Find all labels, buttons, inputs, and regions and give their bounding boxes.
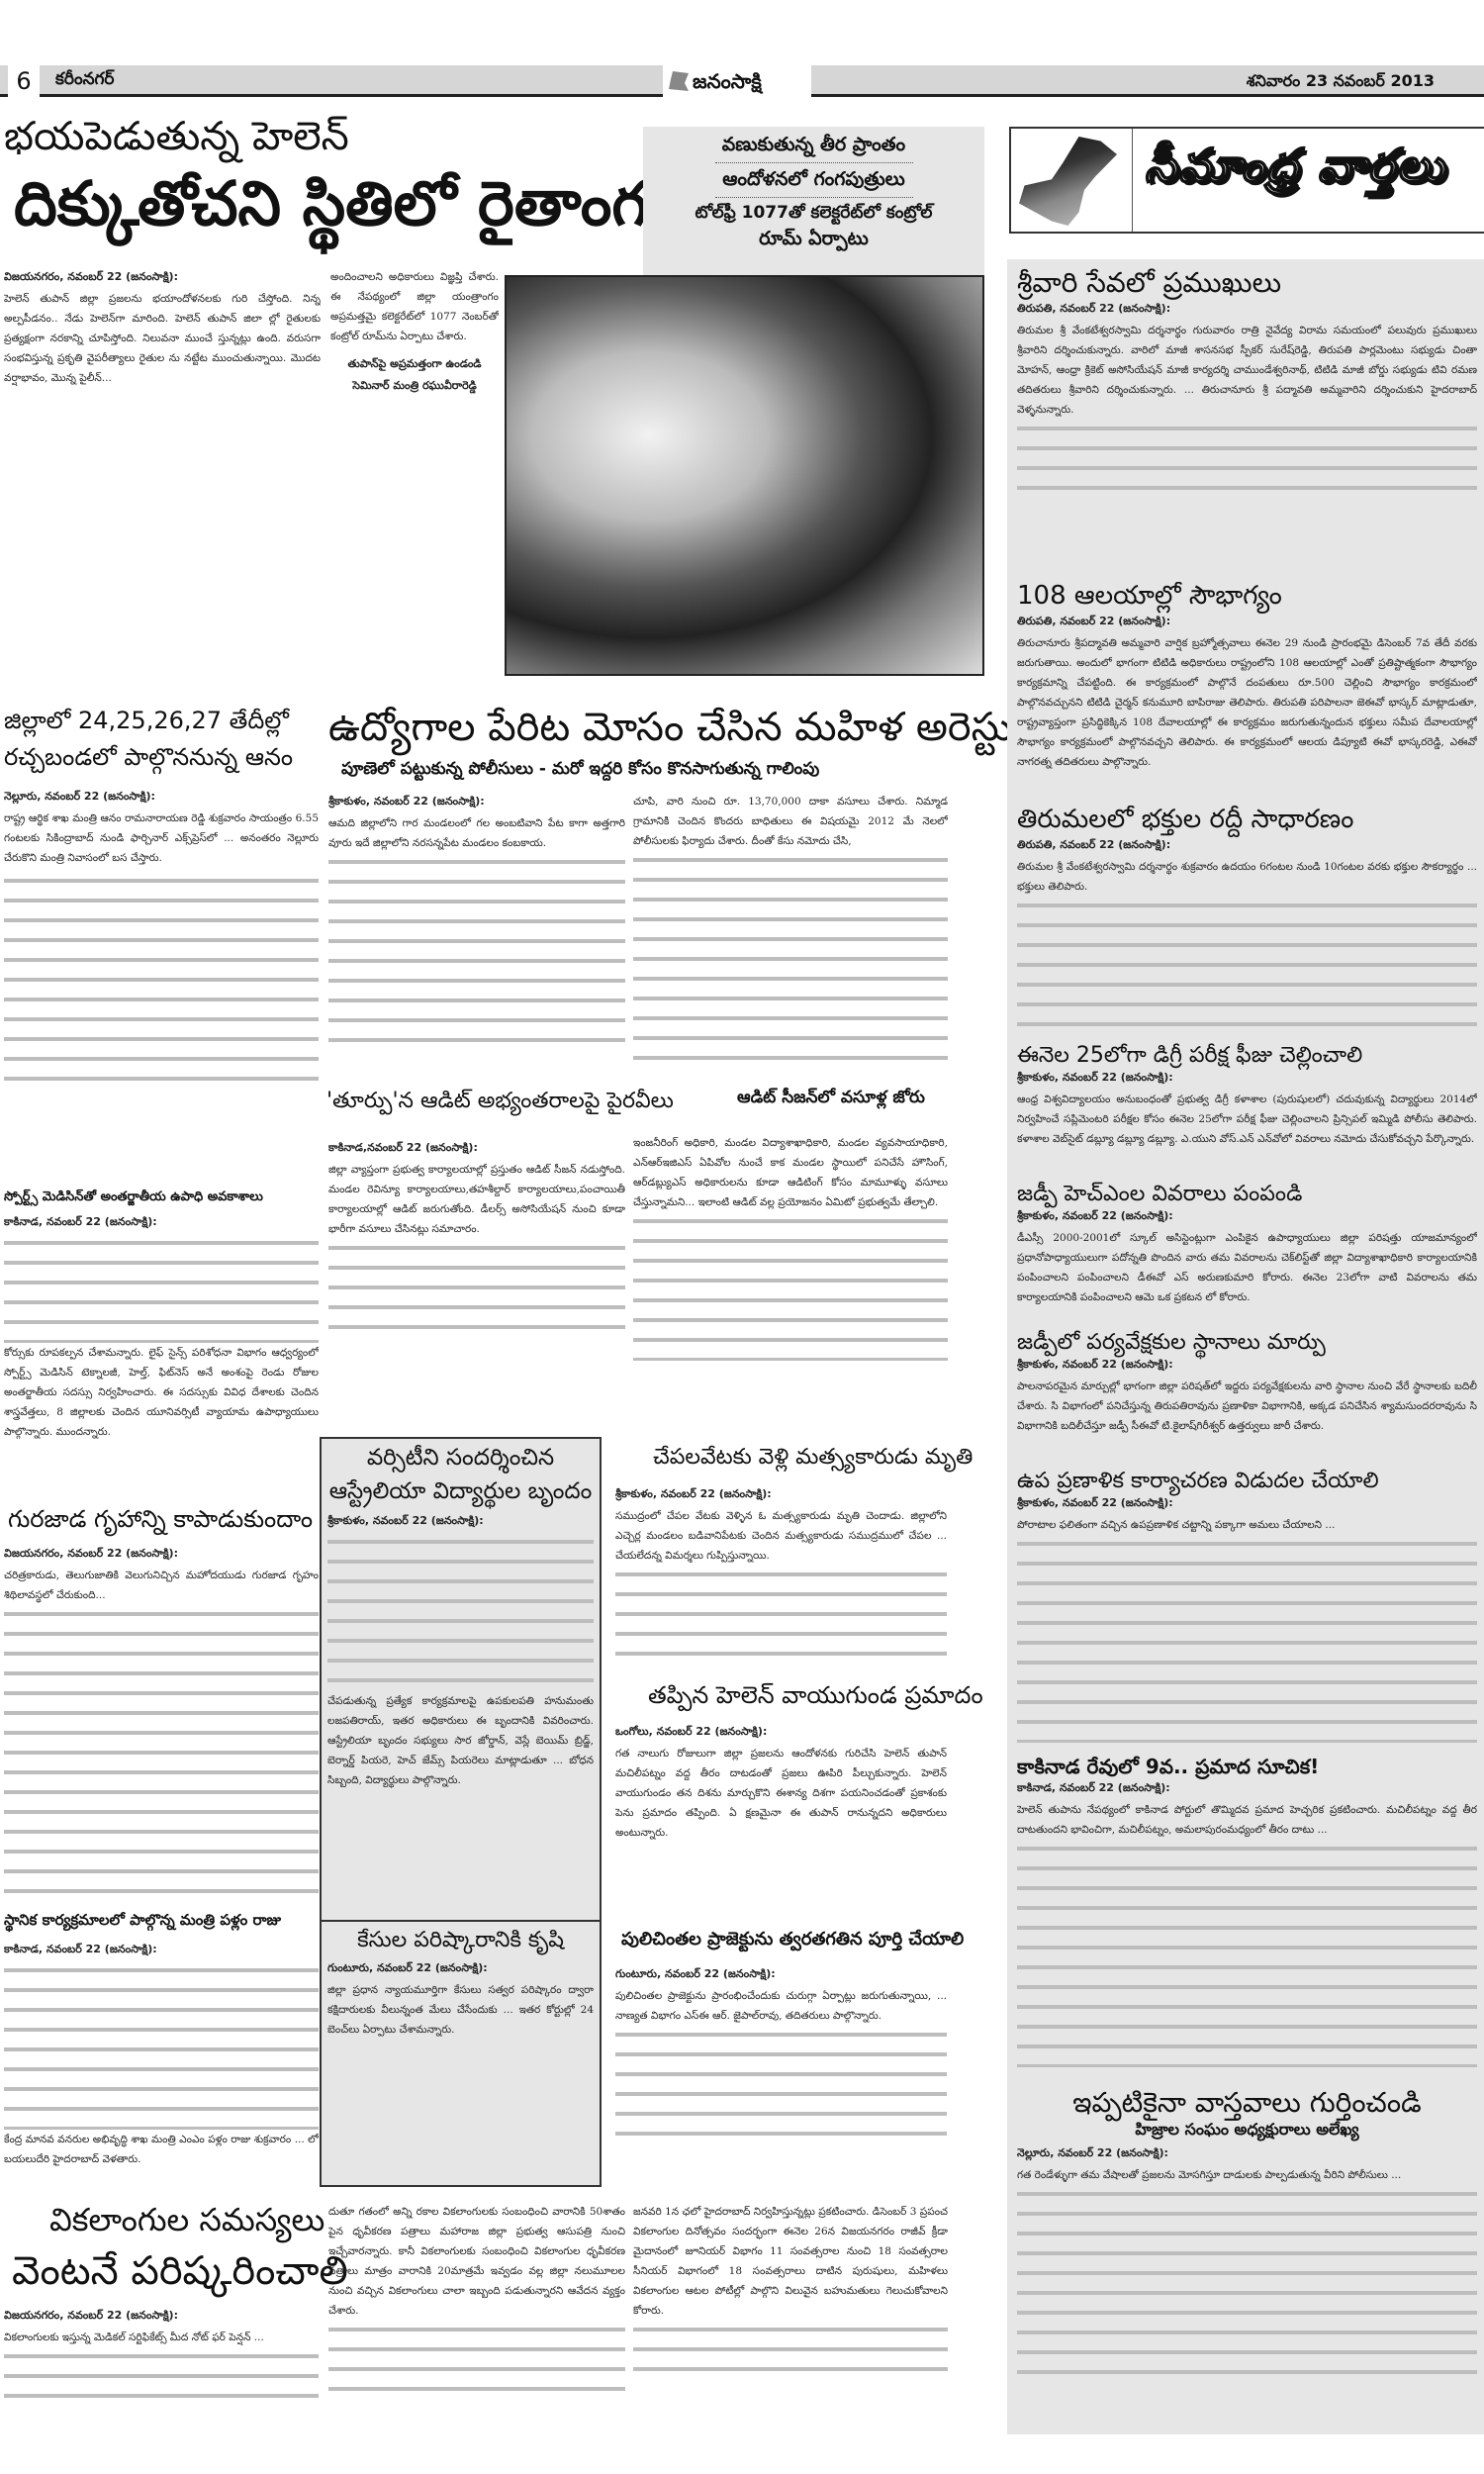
article-body: విజయనగరం, నవంబర్ 22 (జనంసాక్షి): హెలెన్ …	[4, 267, 321, 683]
news-story: ఈనెల 25లోగా డిగ్రీ పరీక్ష ఫీజు చెల్లించా…	[1017, 1043, 1477, 1182]
story-headline: ఉప ప్రణాళిక కార్యాచరణ విడుదల చేయాలి	[1017, 1469, 1477, 1493]
article-dateline: నెల్లూరు, నవంబర్ 22 (జనంసాక్షి):	[4, 787, 319, 807]
text-lines	[633, 851, 948, 1069]
article-body-col2: అందించాలని అధికారులు విజ్ఞప్తి చేశారు. ఈ…	[330, 267, 499, 683]
issue-date: శనివారం 23 నవంబర్ 2013	[1247, 71, 1435, 94]
text-lines	[633, 1212, 948, 1361]
article-text: అందించాలని అధికారులు విజ్ఞప్తి చేశారు. ఈ…	[330, 271, 499, 342]
article-text: కేంద్ర మానవ వనరుల అభివృద్ధి శాఖ మంత్రి ఎ…	[4, 2134, 319, 2165]
text-lines	[1017, 420, 1477, 499]
story-text: పాలనాపరమైన మార్పుల్లో భాగంగా జిల్లా పరిష…	[1017, 1380, 1477, 1432]
story-text: డీఎస్సీ 2000-2001లో స్కూల్ అసిస్టెంట్లుగ…	[1017, 1232, 1477, 1303]
article-text: జనవరి 1న ఛలో హైదరాబాద్ నిర్వహిస్తున్నట్ల…	[633, 2206, 948, 2317]
article-dateline: శ్రీకాకుళం, నవంబర్ 22 (జనంసాక్షి):	[327, 1511, 594, 1531]
article-dateline: విజయనగరం, నవంబర్ 22 (జనంసాక్షి):	[4, 2306, 319, 2326]
article-body: విజయనగరం, నవంబర్ 22 (జనంసాక్షి): చరిత్రక…	[4, 1544, 319, 1900]
article-headline: ఆస్ట్రేలియా విద్యార్థుల బృందం	[327, 1478, 594, 1504]
article-subhead: తుపాన్‌పై అప్రమత్తంగా ఉండండి	[330, 354, 499, 374]
article-headline: గురజాడ గృహాన్ని కాపాడుకుందాం	[8, 1506, 313, 1534]
news-story: జడ్పీలో పర్యవేక్షకుల స్థానాలు మార్పు శ్ర…	[1017, 1330, 1477, 1469]
text-lines	[4, 2347, 319, 2407]
text-lines	[615, 2026, 947, 2144]
story-dateline: తిరుపతి, నవంబర్ 22 (జనంసాక్షి):	[1017, 612, 1477, 631]
seemandhra-banner-title: సీమాంధ్ర వార్తలు	[1145, 139, 1446, 204]
news-story: శ్రీవారి సేవలో ప్రముఖులు తిరుపతి, నవంబర్…	[1017, 267, 1477, 582]
section-name: కరీంనగర్	[55, 69, 115, 93]
page-masthead: 6 కరీంనగర్ జనంసాక్షి శనివారం 23 నవంబర్ 2…	[0, 65, 1484, 97]
coast-highlight-box: వణుకుతున్న తీర ప్రాంతం ఆందోళనలో గంగపుత్ర…	[643, 127, 984, 275]
text-lines	[615, 1566, 947, 1665]
article-body: కాకినాడ, నవంబర్ 22 (జనంసాక్షి): కోర్సుకు…	[4, 1212, 319, 1504]
story-headline: ఈనెల 25లోగా డిగ్రీ పరీక్ష ఫీజు చెల్లించా…	[1017, 1043, 1477, 1068]
article-body: నెల్లూరు, నవంబర్ 22 (జనంసాక్షి): రాష్ట్ర…	[4, 787, 319, 1113]
text-lines	[328, 2321, 625, 2400]
article-body: శ్రీకాకుళం, నవంబర్ 22 (జనంసాక్షి): సముద్…	[615, 1484, 947, 1667]
article-headline: చేపలవేటకు వెళ్లి మత్స్యకారుడు మృతి	[653, 1445, 973, 1470]
article-headline: వెంటనే పరిష్కరించాలి	[12, 2248, 348, 2294]
article-text: జిల్లా వ్యాప్తంగా ప్రభుత్వ కార్యాలయాల్లో…	[328, 1164, 625, 1235]
article-headline: కేసుల పరిష్కారానికి కృషి	[327, 1928, 594, 1952]
article-headline: జిల్లాలో 24,25,26,27 తేదీల్లో	[4, 708, 289, 735]
cases-box: కేసుల పరిష్కారానికి కృషి గుంటూరు, నవంబర్…	[320, 1920, 602, 2187]
story-body: తిరుపతి, నవంబర్ 22 (జనంసాక్షి): తిరుమల శ…	[1017, 835, 1477, 1033]
map-logo-icon	[669, 71, 689, 91]
story-dateline: శ్రీకాకుళం, నవంబర్ 22 (జనంసాక్షి):	[1017, 1206, 1477, 1226]
article-text: గత నాలుగు రోజులుగా జిల్లా ప్రజలను ఆందోళన…	[615, 1748, 947, 1839]
text-lines	[1017, 1840, 1477, 2067]
coast-line: ఆందోళనలో గంగపుత్రులు	[643, 169, 984, 191]
article-subhead: సెమినార్ మంత్రి రఘువీరారెడ్డి	[330, 376, 499, 396]
news-story: ఉప ప్రణాళిక కార్యాచరణ విడుదల చేయాలి శ్రీ…	[1017, 1469, 1477, 1756]
article-text: హెలెన్ తుపాన్ జిల్లా ప్రజలను భయాందోళనలకు…	[4, 293, 321, 384]
article-headline-right: ఆడిట్ సీజన్‌లో వసూళ్ల జోరు	[737, 1089, 925, 1108]
article-headline: ఉద్యోగాల పేరిట మోసం చేసిన మహిళ అరెస్టు	[328, 705, 1013, 750]
story-dateline: శ్రీకాకుళం, నవంబర్ 22 (జనంసాక్షి):	[1017, 1355, 1477, 1375]
article-dateline: శ్రీకాకుళం, నవంబర్ 22 (జనంసాక్షి):	[328, 792, 625, 811]
text-lines	[633, 2321, 948, 2380]
divider	[715, 162, 913, 163]
coast-line: వణుకుతున్న తీర ప్రాంతం	[643, 135, 984, 156]
article-body-col3: జనవరి 1న ఛలో హైదరాబాద్ నిర్వహిస్తున్నట్ల…	[633, 2202, 948, 2434]
story-text: పోరాటాల ఫలితంగా వచ్చిన ఉపప్రణాళిక చట్టాన…	[1017, 1519, 1335, 1531]
story-text: ఆంధ్ర విశ్వవిద్యాలయం అనుబంధంతో ప్రభుత్వ …	[1017, 1094, 1477, 1145]
story-text: తిరుమల శ్రీ వేంకటేశ్వరస్వామి దర్శనార్థం …	[1017, 861, 1477, 893]
story-headline: 108 ఆలయాల్లో సౌభాగ్యం	[1017, 582, 1477, 612]
text-lines	[328, 1239, 625, 1338]
andhra-map-icon	[1019, 137, 1128, 226]
article-text: కోర్సుకు రూపకల్పన చేశామన్నారు. లైఫ్ సైన్…	[4, 1347, 319, 1438]
text-lines	[327, 1533, 594, 1691]
article-dateline: గుంటూరు, నవంబర్ 22 (జనంసాక్షి):	[615, 1964, 947, 1984]
text-lines	[328, 853, 625, 1051]
article-headline: పులిచింతల ప్రాజెక్టును త్వరతగతిన పూర్తి …	[621, 1930, 964, 1951]
story-body: నెల్లూరు, నవంబర్ 22 (జనంసాక్షి): గత రెండ…	[1017, 2143, 1477, 2401]
article-dateline: కాకినాడ,నవంబర్ 22 (జనంసాక్షి):	[328, 1138, 625, 1158]
article-kicker: భయపెడుతున్న హెలెన్	[4, 114, 349, 159]
article-body: శ్రీకాకుళం, నవంబర్ 22 (జనంసాక్షి): చేపడు…	[327, 1511, 594, 1887]
story-body: శ్రీకాకుళం, నవంబర్ 22 (జనంసాక్షి): పోరాట…	[1017, 1493, 1477, 1746]
story-text: తిరుమల శ్రీ వేంకటేశ్వరస్వామి దర్శనార్థం …	[1017, 325, 1477, 416]
article-dateline: విజయనగరం, నవంబర్ 22 (జనంసాక్షి):	[4, 267, 321, 287]
story-body: తిరుపతి, నవంబర్ 22 (జనంసాక్షి): తిరుమల శ…	[1017, 299, 1477, 566]
text-lines	[1017, 2185, 1477, 2383]
article-body: కాకినాడ, నవంబర్ 22 (జనంసాక్షి): కేంద్ర మ…	[4, 1940, 319, 2177]
story-body: శ్రీకాకుళం, నవంబర్ 22 (జనంసాక్షి): పాలనా…	[1017, 1355, 1477, 1459]
article-headline: స్థానిక కార్యక్రమాలలో పాల్గొన్న మంత్రి ప…	[4, 1912, 281, 1929]
story-body: శ్రీకాకుళం, నవంబర్ 22 (జనంసాక్షి): ఆంధ్ర…	[1017, 1068, 1477, 1172]
story-text: గత రెండేళ్ళుగా తమ వేషాలతో ప్రజలను మోసగిస…	[1017, 2169, 1401, 2181]
satellite-cyclone-image	[505, 275, 984, 676]
story-headline: జడ్పీలో పర్యవేక్షకుల స్థానాలు మార్పు	[1017, 1330, 1477, 1355]
article-headline: వర్సిటీని సందర్శించిన	[327, 1445, 594, 1471]
story-headline: జడ్పీ హెచ్‌ఎంల వివరాలు పంపండి	[1017, 1182, 1477, 1206]
article-body: గుంటూరు, నవంబర్ 22 (జనంసాక్షి): పులిచింత…	[615, 1964, 947, 2177]
coast-line: రూమ్ ఏర్పాటు	[643, 229, 984, 250]
text-lines	[4, 1961, 319, 2130]
story-headline: తిరుమలలో భక్తుల రద్దీ సాధారణం	[1017, 806, 1477, 835]
article-text: చరిత్రకారుడు, తెలుగుజాతికి వెలుగునిచ్చిన…	[4, 1570, 319, 1601]
seemandhra-stories: శ్రీవారి సేవలో ప్రముఖులు తిరుపతి, నవంబర్…	[1017, 267, 1477, 2414]
article-body: విజయనగరం, నవంబర్ 22 (జనంసాక్షి): వికలాంగ…	[4, 2306, 319, 2434]
story-dateline: శ్రీకాకుళం, నవంబర్ 22 (జనంసాక్షి):	[1017, 1068, 1477, 1088]
story-headline: కాకినాడ రేవులో 9వ.. ప్రమాద సూచిక!	[1017, 1756, 1477, 1778]
text-lines	[1017, 1535, 1477, 1743]
article-dateline: కాకినాడ, నవంబర్ 22 (జనంసాక్షి):	[4, 1212, 319, 1232]
story-dateline: తిరుపతి, నవంబర్ 22 (జనంసాక్షి):	[1017, 835, 1477, 855]
australia-students-box: వర్సిటీని సందర్శించిన ఆస్ట్రేలియా విద్యా…	[320, 1437, 602, 1922]
seemandhra-banner: సీమాంధ్ర వార్తలు	[1009, 127, 1484, 234]
news-story: తిరుమలలో భక్తుల రద్దీ సాధారణం తిరుపతి, న…	[1017, 806, 1477, 1043]
article-headline: తప్పిన హెలెన్ వాయుగుండ ప్రమాదం	[648, 1682, 983, 1710]
story-headline: శ్రీవారి సేవలో ప్రముఖులు	[1017, 267, 1477, 299]
article-body: శ్రీకాకుళం, నవంబర్ 22 (జనంసాక్షి): ఆమది …	[328, 792, 625, 1069]
page-number: 6	[8, 65, 40, 97]
article-headline: వికలాంగుల సమస్యలు	[49, 2202, 325, 2238]
article-headline: 'తూర్పు'న ఆడిట్ అభ్యంతరాలపై పైరవీలు	[326, 1089, 674, 1113]
article-body-col2: ఇంజనీరింగ్ అధికారి, మండల విద్యాశాఖాధికార…	[633, 1133, 948, 1425]
article-text: చేపడుతున్న ప్రత్యేక కార్యక్రమాలపై ఉపకులప…	[327, 1695, 594, 1786]
text-lines	[1017, 897, 1477, 1033]
news-story: జడ్పీ హెచ్‌ఎంల వివరాలు పంపండి శ్రీకాకుళం…	[1017, 1182, 1477, 1330]
story-dateline: కాకినాడ, నవంబర్ 22 (జనంసాక్షి):	[1017, 1778, 1477, 1798]
article-text: ఆమది జిల్లాలోని గార మండలంలో గల అంబటివాని…	[328, 817, 625, 849]
article-dateline: శ్రీకాకుళం, నవంబర్ 22 (జనంసాక్షి):	[615, 1484, 947, 1504]
coast-line: టోల్‌ఫ్రీ 1077తో కలెక్టరేట్‌లో కంట్రోల్	[643, 204, 984, 224]
divider	[715, 197, 913, 198]
story-dateline: శ్రీకాకుళం, నవంబర్ 22 (జనంసాక్షి):	[1017, 1493, 1477, 1513]
story-subheadline: హిజ్రాల సంఘం అధ్యక్షురాలు అలేఖ్య	[1017, 2121, 1477, 2139]
logo-text: జనంసాక్షి	[693, 69, 762, 93]
news-story: 108 ఆలయాల్లో సౌభాగ్యం తిరుపతి, నవంబర్ 22…	[1017, 582, 1477, 806]
article-text: పులిచింతల ప్రాజెక్టును ప్రారంభించేందుకు …	[615, 1990, 947, 2022]
news-story: ఇప్పటికైనా వాస్తవాలు గుర్తించండి హిజ్రాల…	[1017, 2087, 1477, 2414]
newspaper-logo: జనంసాక్షి	[663, 65, 811, 97]
story-dateline: తిరుపతి, నవంబర్ 22 (జనంసాక్షి):	[1017, 299, 1477, 319]
story-dateline: నెల్లూరు, నవంబర్ 22 (జనంసాక్షి):	[1017, 2143, 1477, 2163]
story-body: శ్రీకాకుళం, నవంబర్ 22 (జనంసాక్షి): డీఎస్…	[1017, 1206, 1477, 1323]
article-dateline: ఒంగోలు, నవంబర్ 22 (జనంసాక్షి):	[615, 1722, 947, 1742]
article-headline: స్పోర్ట్స్ మెడిసిన్‌తో అంతర్జాతీయ ఉపాధి …	[4, 1190, 263, 1205]
article-body: కాకినాడ,నవంబర్ 22 (జనంసాక్షి): జిల్లా వ్…	[328, 1138, 625, 1415]
story-body: తిరుపతి, నవంబర్ 22 (జనంసాక్షి): తిరుచానూ…	[1017, 612, 1477, 800]
text-lines	[4, 1605, 319, 1900]
article-body-col2: దుతూ గతంలో అన్ని రకాల వికలాంగులకు సంబంధి…	[328, 2202, 625, 2434]
text-lines	[4, 872, 319, 1090]
story-text: హెలెన్ తుపాను నేపథ్యంలో కాకినాడ పోర్టులో…	[1017, 1804, 1477, 1836]
article-text: సముద్రంలో చేపల వేటకు వెళ్ళిన ఓ మత్స్యకార…	[615, 1510, 947, 1562]
article-body: ఒంగోలు, నవంబర్ 22 (జనంసాక్షి): గత నాలుగు…	[615, 1722, 947, 1915]
article-dateline: విజయనగరం, నవంబర్ 22 (జనంసాక్షి):	[4, 1544, 319, 1564]
article-text: చూపి, వారి నుంచి రూ. 13,70,000 దాకా వసూల…	[633, 796, 948, 847]
article-subheadline: పూణెలో పట్టుకున్న పోలీసులు - మరో ఇద్దరి …	[341, 760, 819, 780]
article-text: జిల్లా ప్రధాన న్యాయమూర్తిగా కేసులు సత్వర…	[327, 1984, 594, 2036]
article-text: రాష్ట్ర ఆర్థిక శాఖ మంత్రి ఆనం రామనారాయణ …	[4, 812, 319, 864]
article-body-col2: చూపి, వారి నుంచి రూ. 13,70,000 దాకా వసూల…	[633, 792, 948, 1069]
article-body: గుంటూరు, నవంబర్ 22 (జనంసాక్షి): జిల్లా ప…	[327, 1958, 594, 2171]
text-lines	[4, 1234, 319, 1343]
story-text: తిరుచానూరు శ్రీపద్మావతి అమ్మవారి వార్షిక…	[1017, 637, 1477, 768]
story-headline: ఇప్పటికైనా వాస్తవాలు గుర్తించండి	[1017, 2087, 1477, 2119]
news-story: కాకినాడ రేవులో 9వ.. ప్రమాద సూచిక! కాకినా…	[1017, 1756, 1477, 2087]
divider	[1132, 129, 1133, 232]
article-text: దుతూ గతంలో అన్ని రకాల వికలాంగులకు సంబంధి…	[328, 2206, 625, 2317]
article-text: వికలాంగులకు ఇస్తున్న మెడికల్ సర్టిఫికేట్…	[4, 2331, 264, 2343]
lead-headline: దిక్కుతోచని స్థితిలో రైతాంగం	[14, 168, 679, 238]
article-dateline: కాకినాడ, నవంబర్ 22 (జనంసాక్షి):	[4, 1940, 319, 1959]
article-text: ఇంజనీరింగ్ అధికారి, మండల విద్యాశాఖాధికార…	[633, 1137, 948, 1208]
story-body: కాకినాడ, నవంబర్ 22 (జనంసాక్షి): హెలెన్ త…	[1017, 1778, 1477, 2075]
article-dateline: గుంటూరు, నవంబర్ 22 (జనంసాక్షి):	[327, 1958, 594, 1978]
article-headline: రచ్చబండలో పాల్గొననున్న ఆనం	[4, 744, 293, 772]
